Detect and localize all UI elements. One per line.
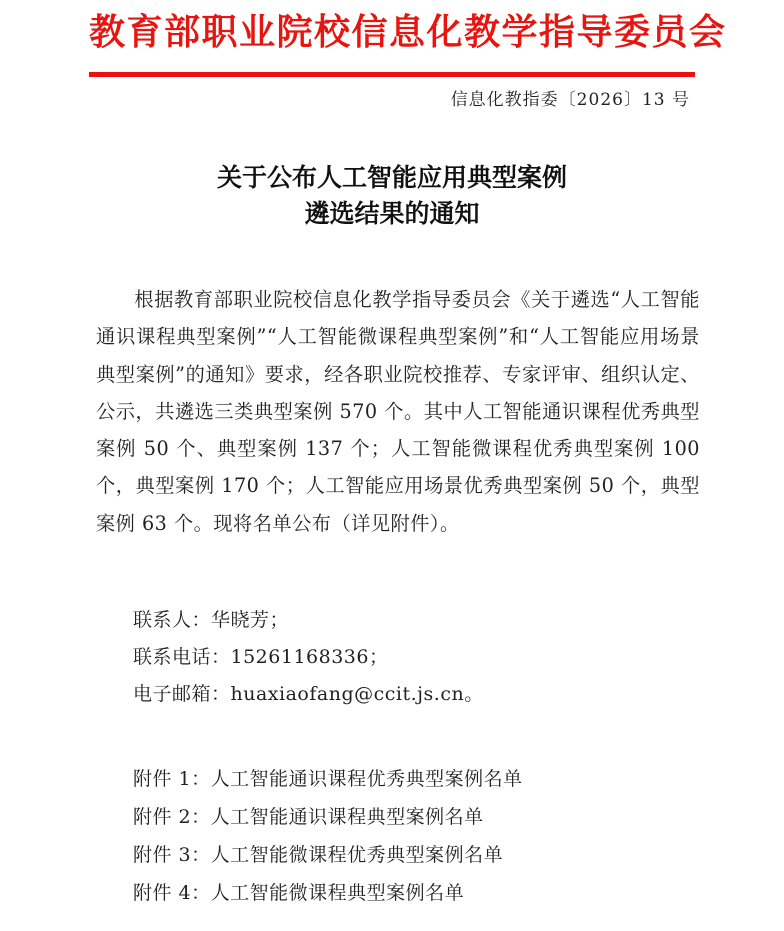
contact-email: 电子邮箱：huaxiaofang@ccit.js.cn。 xyxy=(133,676,484,713)
attachment-item-4: 附件 4：人工智能微课程典型案例名单 xyxy=(133,874,523,912)
attachment-item-1: 附件 1：人工智能通识课程优秀典型案例名单 xyxy=(133,760,523,798)
attachment-item-3: 附件 3：人工智能微课程优秀典型案例名单 xyxy=(133,836,523,874)
letterhead-red-rule xyxy=(89,72,695,77)
letterhead-org-name: 教育部职业院校信息化教学指导委员会 xyxy=(89,10,695,56)
document-number: 信息化教指委〔2026〕13 号 xyxy=(451,88,690,112)
contact-info: 联系人：华晓芳； 联系电话：15261168336； 电子邮箱：huaxiaof… xyxy=(133,602,484,713)
document-title: 关于公布人工智能应用典型案例 遴选结果的通知 xyxy=(89,160,695,232)
attachment-list: 附件 1：人工智能通识课程优秀典型案例名单 附件 2：人工智能通识课程典型案例名… xyxy=(133,760,523,912)
contact-phone: 联系电话：15261168336； xyxy=(133,639,484,676)
document-title-line-1: 关于公布人工智能应用典型案例 xyxy=(89,160,695,196)
body-paragraph: 根据教育部职业院校信息化教学指导委员会《关于遴选“人工智能通识课程典型案例”“人… xyxy=(96,281,700,542)
document-title-line-2: 遴选结果的通知 xyxy=(89,196,695,232)
contact-person: 联系人：华晓芳； xyxy=(133,602,484,639)
attachment-item-2: 附件 2：人工智能通识课程典型案例名单 xyxy=(133,798,523,836)
